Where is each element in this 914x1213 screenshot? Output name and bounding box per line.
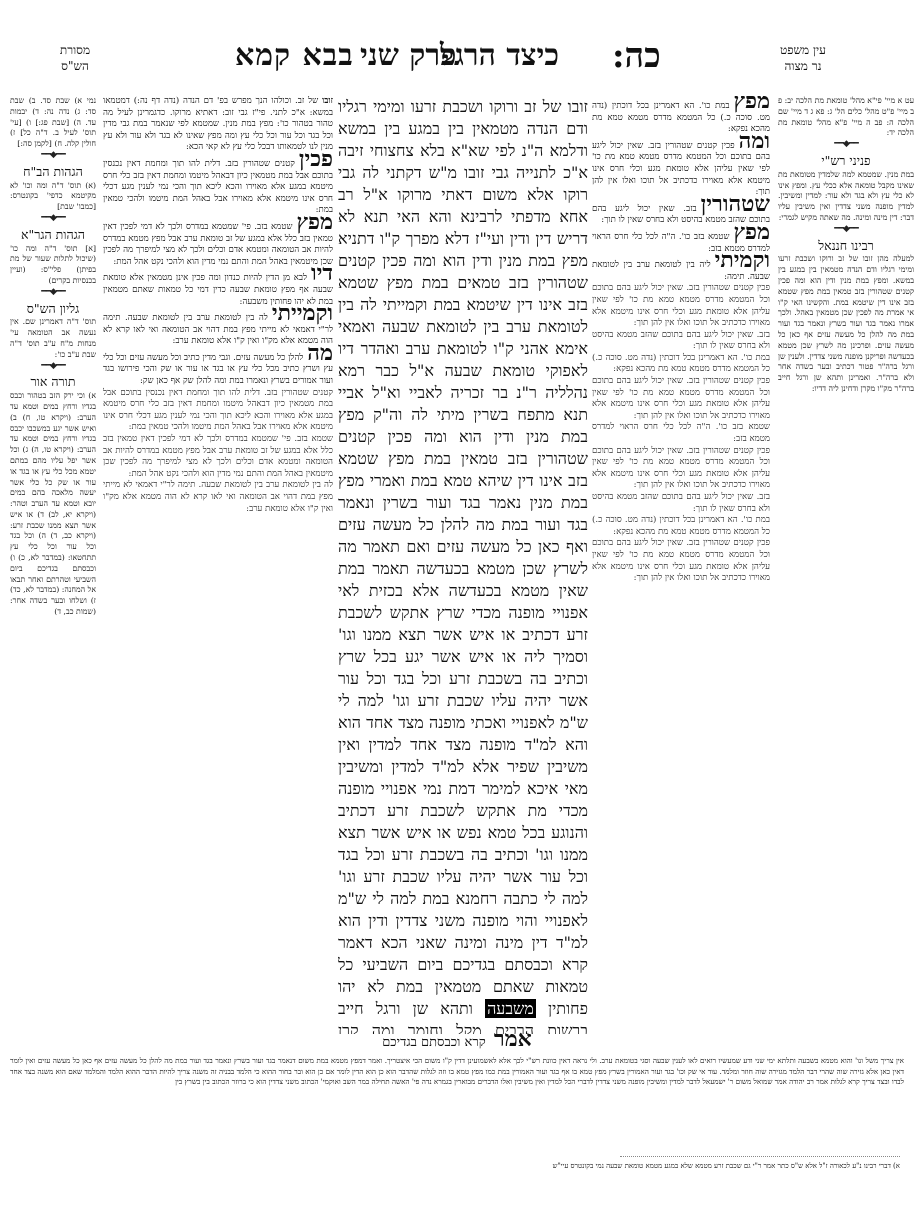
torah-or-title: תורה אור (10, 377, 96, 388)
bottom-commentary-text: אין צריך משל ונו' והוא מטמא בשבעה ותלתא … (10, 1056, 904, 1088)
penei-rashi-title: פניני רש"י (778, 156, 914, 167)
hagahot-gra-text: [א] תוס' ד"ה ומה כו' (שיכול לתלות שעור ש… (10, 244, 96, 287)
rashi-comment: במת כו'. הא דאמרינן בכל דוכתין (נדה מט. … (592, 515, 770, 538)
ornament-divider: ━━◆━━ (778, 139, 914, 150)
gemara-closing-lead: אמר (494, 1030, 532, 1052)
bottom-commentary: אמר קרא וכבסתם בגדיכם אין צריך משל ונו' … (10, 1030, 904, 1162)
rashi-lead-word: מפץ (734, 96, 770, 114)
hagahot-gra-title: הגהות הגר"א (10, 230, 96, 241)
page-header: מסורת הש"ס בבא קמא פרק שני כיצד הרגל כה:… (0, 32, 914, 92)
rashi-comment: פכין קטנים שטהורין בזב. שאין יכול ליגע ב… (592, 538, 770, 584)
rashi-column: מפץבמת כו'. הא דאמרינן בכל דוכתין (נדה מ… (592, 96, 770, 1034)
gemara-column: זובו של זב ורוקו ושכבת זרעו ומימי רגליו … (338, 96, 588, 1034)
penei-rashi-text: במת מנין. שמטמא למה שלמדין מטומאת מת שאי… (778, 170, 914, 224)
tosafot-lead-word: דיו (311, 260, 333, 286)
rashi-lead-word: מפץ (734, 219, 770, 245)
ein-mishpat-title: עין משפט (748, 42, 858, 58)
gemara-closing-text: קרא וכבסתם בגדיכם (382, 1035, 485, 1050)
ornament-divider: ━━◆━━ (778, 224, 914, 235)
rashi-comment: שטמא בזב כו'. ה"ה לכל כלי חרס הראוי למדר… (592, 422, 770, 445)
ornament-divider: ━━◆━━ (10, 361, 96, 372)
masoret-hashas-heading: מסורת הש"ס (40, 42, 110, 74)
tosafot-lead-word: מה (307, 340, 333, 366)
footnote: א) דברי רבינו נ"ע לכאורה ז"ל אלא ש"ס כתר… (260, 1162, 900, 1170)
tosafot-comment: שטמא בזב. פי' שמטמא במדרס ולכך לא דמי לפ… (103, 434, 333, 480)
gilyon-hashas-text: תוס' ד"ה דאמרינן שם. אין נעשה אב הטומאה … (10, 317, 96, 360)
tosafot-comment: להלן כל מעשה עזים. וגבי מדין כתיב וכל מע… (103, 353, 333, 386)
highlighted-word[interactable]: משבעה (485, 999, 536, 1018)
rashi-comment: פכין קטנים שטהורין בזב. שאין יכול ליגע ב… (592, 446, 770, 492)
tosafot-comment: לה בין לטומאת ערב בין לטומאת שבעה. תימה … (103, 480, 333, 515)
masoret-hashas-column: נמי א) שבת סד. ב) שבת סד: ג) נדה נה: ד) … (10, 96, 96, 1016)
ein-mishpat-column: עט א מיי' פי"א מהל' טומאת מת הלכה יב: פ … (778, 96, 914, 1016)
hagahot-bach-title: הגהות הב"ח (10, 167, 96, 178)
rashi-comment: פכין קטנים שטהורין בזב. שאין יכול ליגע ב… (592, 283, 770, 329)
tosafot-column: זובו של זב. וכולהו הנך מפרש בפ' דם הנדה … (103, 96, 333, 1034)
tosafot-lead-word: פכין (299, 146, 333, 172)
masoret-subtitle: הש"ס (40, 58, 110, 74)
masoret-refs: נמי א) שבת סד. ב) שבת סד: ג) נדה נה: ד) … (10, 96, 96, 150)
footnote-rule (620, 1156, 900, 1157)
ein-mishpat-subtitle: נר מצוה (748, 58, 858, 74)
ornament-divider: ━━◆━━ (10, 150, 96, 161)
rashi-comment: בזב. שאין יכול ליגע בהם בתוכם שהזב מטמא … (592, 492, 770, 515)
rashi-comment: במת כו'. הא דאמרינן בכל דוכתין (נדה מט. … (592, 353, 770, 376)
masoret-title: מסורת (40, 42, 110, 58)
torah-or-text: א) וכי ירק הזב בטהור וכבס בגדיו ורחץ במי… (10, 391, 96, 618)
rashi-comment: בזב. שאין יכול ליגע בהם בתוכם שהזב מטמא … (592, 330, 770, 353)
chapter-name: כיצד הרגל (440, 38, 559, 73)
tosafot-dibbur-hamatchil: זובו (322, 96, 333, 106)
gemara-text: זובו של זב ורוקו ושכבת זרעו ומימי רגליו … (338, 97, 588, 1018)
ein-mishpat-entries: עט א מיי' פי"א מהל' טומאת מת הלכה יב: פ … (778, 96, 914, 139)
talmud-page: מסורת הש"ס בבא קמא פרק שני כיצד הרגל כה:… (0, 0, 914, 1213)
gilyon-hashas-title: גליון הש"ס (10, 304, 96, 315)
rashi-lead-word: ומה (739, 128, 770, 154)
hagahot-bach-text: (א) תוס' ד"ה ומה וכו' לא מקיטמא כדפי' בק… (10, 181, 96, 213)
rashi-comment: פכין קטנים שטהורין בזב. שאין יכול ליגע ב… (592, 376, 770, 422)
rashi-lead-word: שטהורין (701, 191, 770, 217)
tosafot-lead-word: מפץ (297, 209, 333, 235)
ornament-divider: ━━◆━━ (10, 287, 96, 298)
rabbeinu-chananel-title: רבינו חננאל (778, 241, 914, 252)
daf-number: כה: (612, 36, 661, 76)
rashi-lead-word: וקמיתי (715, 247, 770, 273)
tractate-name: בבא קמא (235, 38, 354, 73)
ornament-divider: ━━◆━━ (10, 213, 96, 224)
tosafot-comment: קטנים שטהורין בזב. דלית להו תוך ומחמת דא… (103, 388, 333, 434)
tosafot-comment: של זב. וכולהו הנך מפרש בפ' דם הנדה (נדה … (103, 96, 333, 152)
tosafot-lead-word: וקמייתי (272, 300, 333, 326)
rabbeinu-chananel-text: למעלה מהן זובו של זב ורוקו ושכבת זרעו ומ… (778, 254, 914, 394)
ein-mishpat-heading: עין משפט נר מצוה (748, 42, 858, 74)
